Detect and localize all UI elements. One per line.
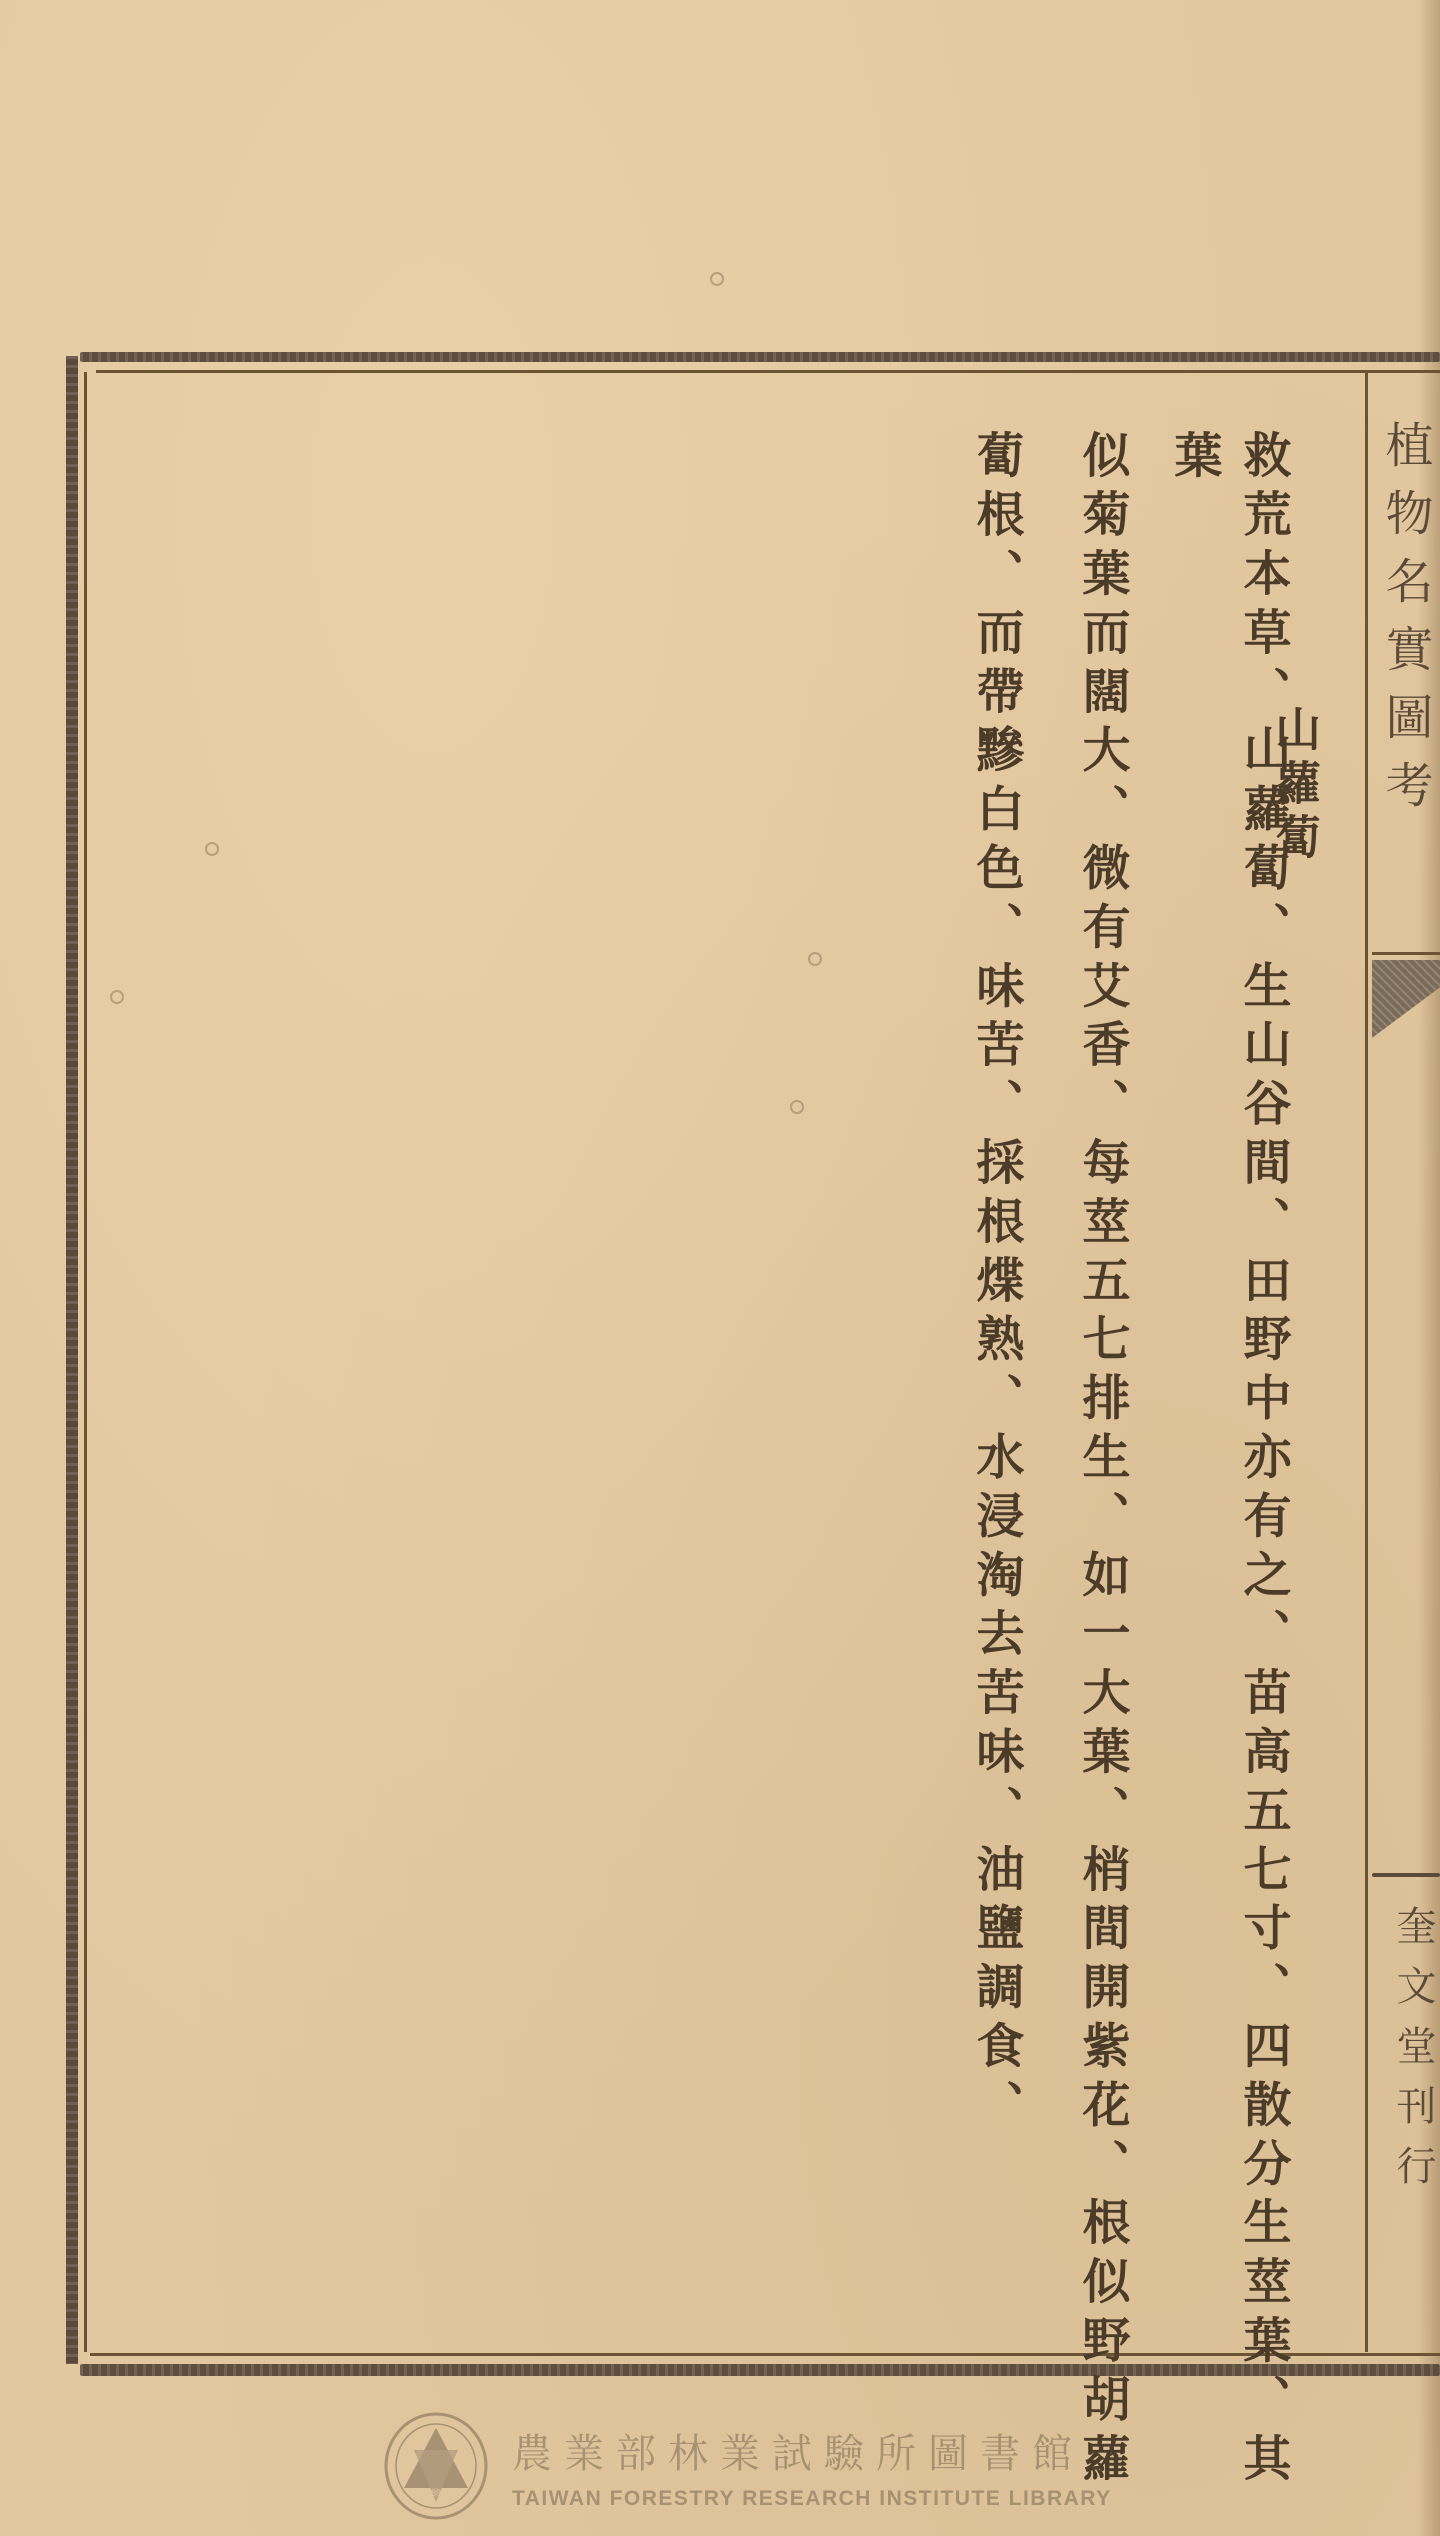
publisher-imprint: 奎文堂刊行 [1385, 1905, 1440, 2205]
paper-speck [110, 990, 124, 1004]
center-fold-line [1365, 372, 1368, 2352]
text-column-2: 似菊葉而闊大、微有艾香、每莖五七排生、如一大葉、梢間開紫花、根似野胡蘿 [1068, 430, 1137, 2492]
tfri-emblem-icon: 1896 [380, 2410, 492, 2522]
book-title: 植物名實圖考 [1378, 420, 1440, 828]
paper-speck [790, 1100, 804, 1114]
svg-text:1896: 1896 [426, 2488, 446, 2498]
text-column-1: 救荒本草、山蘿蔔、生山谷間、田野中亦有之、苗高五七寸、四散分生莖葉、其葉 [1160, 430, 1298, 2536]
paper-speck [710, 272, 724, 286]
margin-divider [1372, 1873, 1440, 1877]
library-name-chinese: 農業部林業試驗所圖書館 [512, 2422, 1112, 2479]
paper-speck [808, 952, 822, 966]
outer-border-top [80, 352, 1440, 362]
inner-border-top [96, 370, 1440, 373]
text-column-3: 蔔根、而帶黲白色、味苦、採根煠熟、水浸淘去苦味、油鹽調食、 [962, 430, 1031, 2138]
library-watermark: 1896 農業部林業試驗所圖書館 TAIWAN FORESTRY RESEARC… [380, 2410, 1112, 2522]
paper-speck [205, 842, 219, 856]
fishtail-rule [1372, 952, 1440, 955]
inner-border-left [84, 372, 87, 2352]
outer-border-left [66, 356, 78, 2364]
library-name-english: TAIWAN FORESTRY RESEARCH INSTITUTE LIBRA… [512, 2487, 1112, 2511]
